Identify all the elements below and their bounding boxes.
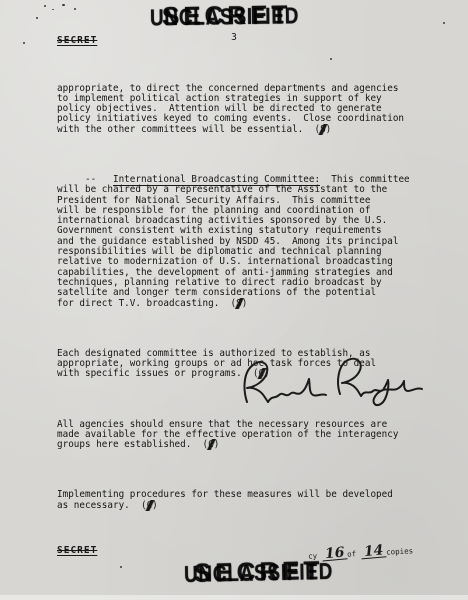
paragraph-text: Implementing procedures for these measur… — [57, 489, 393, 510]
paragraph-text: appropriate, to direct the concerned dep… — [57, 83, 404, 135]
copy-note-prefix: cy — [308, 551, 317, 560]
classification-marker: (S) — [314, 124, 331, 135]
scan-speck — [330, 58, 332, 60]
scan-speck — [74, 8, 76, 10]
scan-speck — [443, 22, 445, 24]
declassification-stamp-top: SECRET UNCLASSIFIED — [150, 0, 340, 35]
classification-footer: SECRET — [57, 545, 97, 556]
copy-count-note: cy 16of 14copies — [308, 543, 414, 561]
scan-speck — [120, 566, 122, 568]
classification-header: SECRET — [57, 35, 97, 46]
scanned-document-page: SECRET UNCLASSIFIED 3 SECRET appropriate… — [0, 0, 468, 600]
copy-note-suffix: copies — [386, 546, 414, 556]
document-body: appropriate, to direct the concerned dep… — [57, 63, 429, 540]
classification-marker: (S) — [231, 298, 248, 309]
unclassified-stamp-text: UNCLASSIFIED — [184, 558, 334, 588]
paragraph: appropriate, to direct the concerned dep… — [57, 84, 429, 135]
scan-edge — [0, 595, 468, 600]
classification-marker: (C) — [203, 439, 220, 450]
paragraph: All agencies should ensure that the nece… — [57, 420, 429, 451]
classification-marker: (C) — [141, 500, 158, 511]
paragraph: -- International Broadcasting Committee:… — [57, 175, 429, 309]
copy-number-handwritten: 16 — [321, 546, 348, 561]
unclassified-stamp-text: UNCLASSIFIED — [150, 2, 300, 31]
paragraph-text: All agencies should ensure that the nece… — [57, 419, 398, 451]
paragraph: Implementing procedures for these measur… — [57, 490, 429, 511]
paragraph-text: This committee will be chaired by a repr… — [57, 174, 410, 309]
copy-note-of: of — [347, 549, 356, 558]
scan-speck — [36, 17, 38, 19]
scan-speck — [62, 4, 65, 6]
scan-speck — [52, 9, 54, 10]
total-copies-handwritten: 14 — [360, 544, 387, 559]
scan-speck — [44, 5, 46, 7]
reagan-signature — [234, 354, 426, 414]
